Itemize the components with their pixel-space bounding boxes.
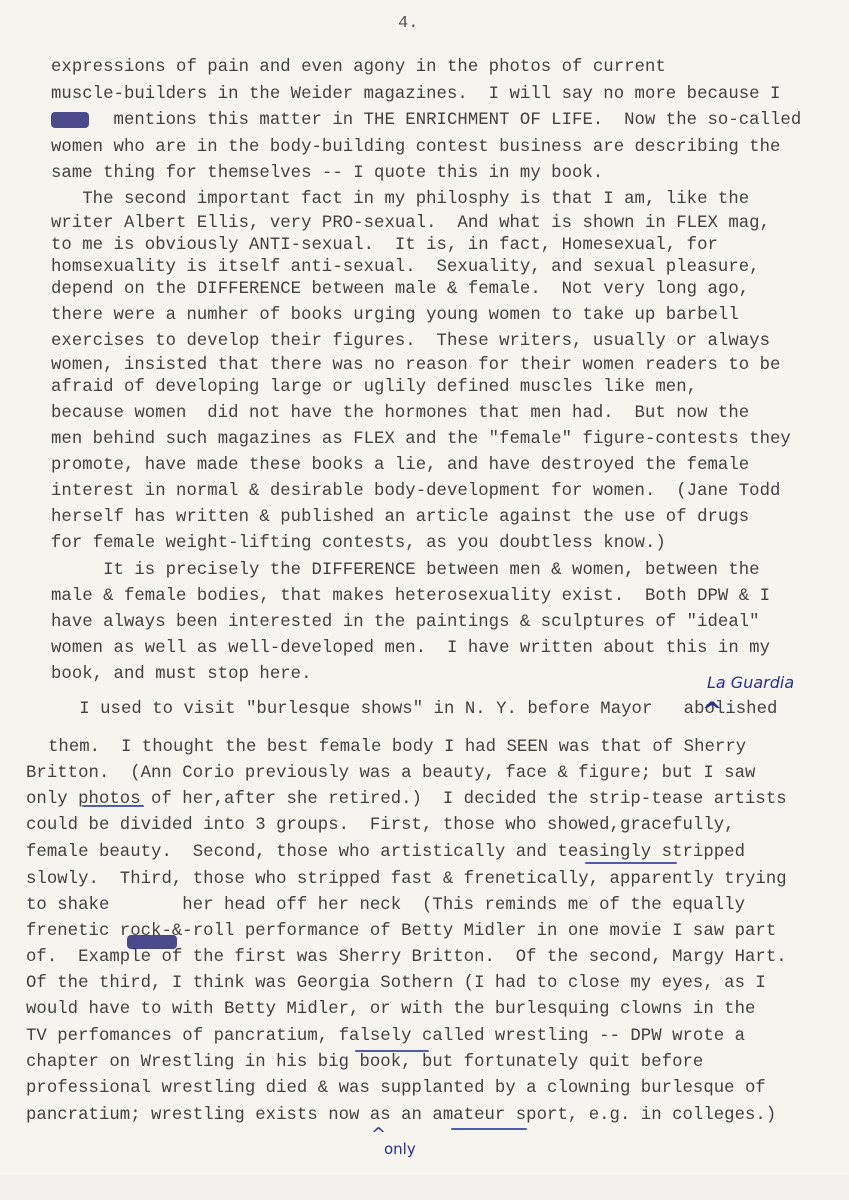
typed-line: expressions of pain and even agony in th…	[51, 58, 666, 77]
underline-falsely	[355, 1050, 429, 1052]
typed-line: exercises to develop their figures. Thes…	[51, 332, 770, 351]
typed-line: pancratium; wrestling exists now as an a…	[26, 1106, 776, 1125]
typed-line: herself has written & published an artic…	[51, 508, 749, 527]
typed-line: women, insisted that there was no reason…	[51, 356, 780, 375]
typed-line: same thing for themselves -- I quote thi…	[51, 164, 603, 183]
typed-line: to shake her head off her neck (This rem…	[26, 896, 745, 915]
typed-line: promote, have made these books a lie, an…	[51, 456, 749, 475]
typed-line: The second important fact in my philosph…	[51, 190, 749, 209]
typed-line: TV perfomances of pancratium, falsely ca…	[26, 1027, 745, 1046]
typed-line: because women did not have the hormones …	[51, 404, 749, 423]
typed-line: chapter on Wrestling in his big book, bu…	[26, 1053, 703, 1072]
underline-teasingly	[585, 862, 677, 864]
typed-line: women who are in the body-building conte…	[51, 138, 780, 157]
insertion-caret: ^	[702, 697, 722, 725]
typed-line: to me is obviously ANTI-sexual. It is, i…	[51, 236, 718, 255]
handwritten-insertion-laguardia: La Guardia	[707, 673, 794, 692]
typed-line: there were a numher of books urging youn…	[51, 306, 739, 325]
typed-line: book, and must stop here.	[51, 665, 312, 684]
typed-line: slowly. Third, those who stripped fast &…	[26, 870, 787, 889]
ink-strikeout-blot	[51, 112, 89, 128]
typed-line: professional wrestling died & was suppla…	[26, 1079, 766, 1098]
typed-line: interest in normal & desirable body-deve…	[51, 482, 780, 501]
typed-line: afraid of developing large or uglily def…	[51, 378, 697, 397]
typed-line: Of the third, I think was Georgia Sother…	[26, 974, 766, 993]
typed-line: have always been interested in the paint…	[51, 613, 760, 632]
typed-line: homsexuality is itself anti-sexual. Sexu…	[51, 258, 760, 277]
underline-amateur	[451, 1128, 527, 1130]
typed-line: writer Albert Ellis, very PRO-sexual. An…	[51, 214, 770, 233]
typed-line: them. I thought the best female body I h…	[48, 738, 746, 757]
typed-line: male & female bodies, that makes heteros…	[51, 587, 770, 606]
typed-line: female beauty. Second, those who artisti…	[26, 843, 745, 862]
typed-line: of. Example of the first was Sherry Brit…	[26, 948, 787, 967]
typed-line: It is precisely the DIFFERENCE between m…	[51, 561, 760, 580]
page-bottom-edge	[0, 1175, 849, 1200]
page-number: 4.	[398, 14, 418, 33]
typed-line: for female weight-lifting contests, as y…	[51, 534, 666, 553]
typed-line: would have to with Betty Midler, or with…	[26, 1000, 755, 1019]
typed-line: depend on the DIFFERENCE between male & …	[51, 280, 749, 299]
typed-line: Britton. (Ann Corio previously was a bea…	[26, 764, 755, 783]
typed-line: could be divided into 3 groups. First, t…	[26, 816, 735, 835]
underline-photos	[82, 805, 144, 807]
typed-line: muscle-builders in the Weider magazines.…	[51, 85, 780, 104]
typed-line: mentions this matter in THE ENRICHMENT O…	[51, 111, 801, 130]
ink-strikeout-blot	[127, 935, 177, 949]
typed-line: men behind such magazines as FLEX and th…	[51, 430, 791, 449]
handwritten-insertion-only: only	[384, 1140, 416, 1158]
typed-line: I used to visit "burlesque shows" in N. …	[48, 700, 777, 719]
typed-line: women as well as well-developed men. I h…	[51, 639, 770, 658]
